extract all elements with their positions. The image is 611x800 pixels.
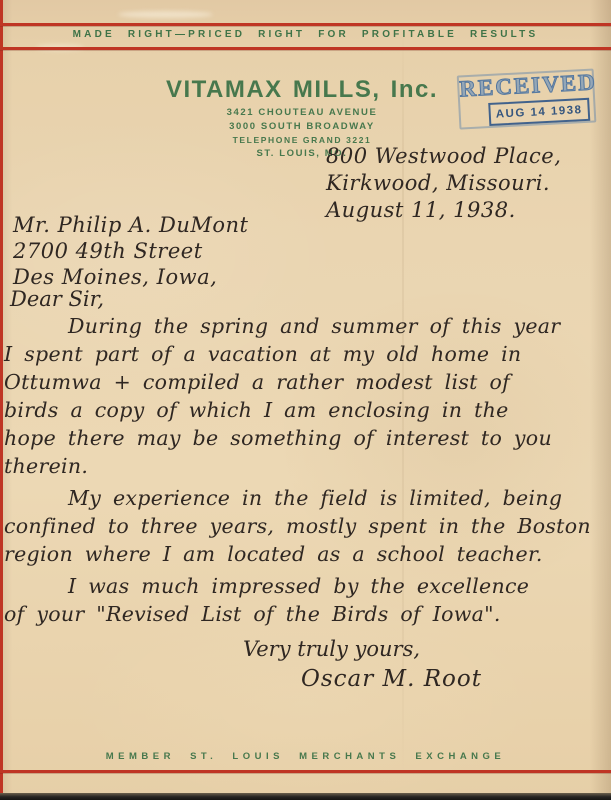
body-line: I spent part of a vacation at my old hom… — [4, 340, 608, 368]
sender-line: August 11, 1938. — [326, 197, 561, 224]
body-line: I was much impressed by the excellence — [4, 572, 608, 600]
sender-address-block: 800 Westwood Place, Kirkwood, Missouri. … — [326, 143, 561, 224]
received-stamp: RECEIVED AUG 14 1938 — [457, 66, 598, 129]
scanned-letter-page: MADE RIGHT—PRICED RIGHT FOR PROFITABLE R… — [0, 0, 611, 800]
letter-paragraph-3: I was much impressed by the excellence o… — [4, 572, 608, 628]
sender-line: 800 Westwood Place, — [326, 143, 561, 170]
signature: Oscar M. Root — [301, 666, 482, 692]
sender-line: Kirkwood, Missouri. — [326, 170, 561, 197]
slogan-banner: MADE RIGHT—PRICED RIGHT FOR PROFITABLE R… — [0, 29, 611, 40]
body-line: region where I am located as a school te… — [4, 540, 608, 568]
bottom-red-rule — [0, 770, 611, 773]
body-line: hope there may be something of interest … — [4, 424, 608, 452]
body-line: confined to three years, mostly spent in… — [4, 512, 608, 540]
scan-edge — [0, 793, 611, 800]
footer-membership: MEMBER ST. LOUIS MERCHANTS EXCHANGE — [0, 751, 611, 762]
paper-smudge — [118, 11, 213, 18]
body-line: My experience in the field is limited, b… — [4, 484, 608, 512]
body-line: birds a copy of which I am enclosing in … — [4, 396, 608, 424]
body-line: of your "Revised List of the Birds of Io… — [4, 600, 608, 628]
letter-paragraph-1: During the spring and summer of this yea… — [4, 312, 608, 480]
body-line: Ottumwa + compiled a rather modest list … — [4, 368, 608, 396]
body-line: therein. — [4, 452, 608, 480]
top-red-rule-upper — [0, 23, 611, 26]
closing: Very truly yours, — [243, 637, 420, 661]
letter-paragraph-2: My experience in the field is limited, b… — [4, 484, 608, 568]
recipient-line: 2700 49th Street — [13, 238, 249, 264]
recipient-line: Mr. Philip A. DuMont — [13, 212, 249, 238]
stamp-date: AUG 14 1938 — [496, 104, 583, 121]
salutation: Dear Sir, — [10, 287, 104, 311]
recipient-address-block: Mr. Philip A. DuMont 2700 49th Street De… — [13, 212, 249, 290]
top-red-rule-lower — [0, 47, 611, 50]
body-line: During the spring and summer of this yea… — [4, 312, 608, 340]
